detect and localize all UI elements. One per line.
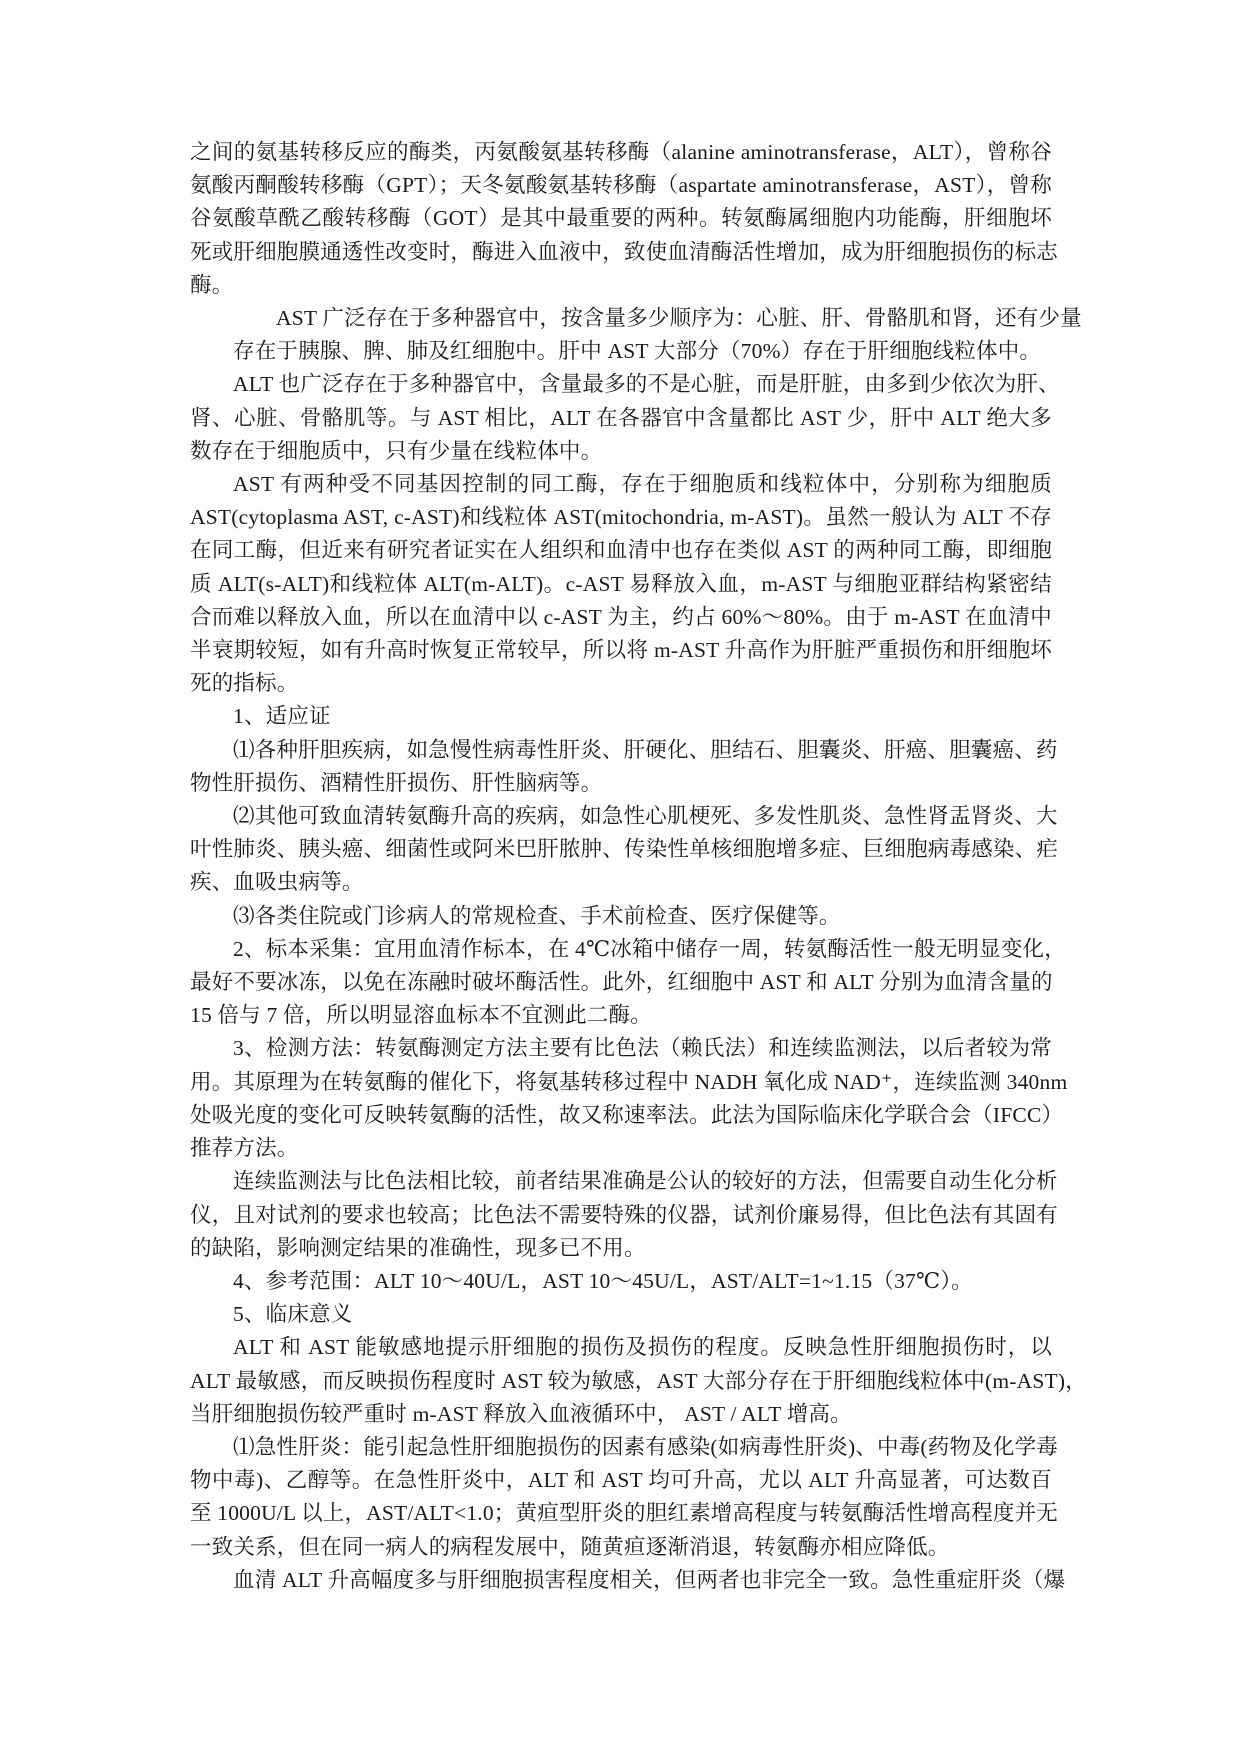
- text-line: AST 有两种受不同基因控制的同工酶，存在于细胞质和线粒体中，分别称为细胞质: [190, 468, 1052, 501]
- text-line: 处吸光度的变化可反映转氨酶的活性，故又称速率法。此法为国际临床化学联合会（IFC…: [190, 1099, 1052, 1132]
- list-item-acute-hepatitis: ⑴急性肝炎：能引起急性肝细胞损伤的因素有感染(如病毒性肝炎)、中毒(药物及化学毒…: [190, 1431, 1052, 1564]
- text-line: 血清 ALT 升高幅度多与肝细胞损害程度相关，但两者也非完全一致。急性重症肝炎（…: [190, 1564, 1052, 1597]
- text-line: 数存在于细胞质中，只有少量在线粒体中。: [190, 435, 1052, 468]
- text-line: 最好不要冰冻，以免在冻融时破坏酶活性。此外，红细胞中 AST 和 ALT 分别为…: [190, 966, 1052, 999]
- text-line: 一致关系，但在同一病人的病程发展中，随黄疸逐渐消退，转氨酶亦相应降低。: [190, 1531, 1052, 1564]
- text-line: 15 倍与 7 倍，所以明显溶血标本不宜测此二酶。: [190, 999, 1052, 1032]
- text-line: 酶。: [190, 269, 1052, 302]
- text-line: 合而难以释放入血，所以在血清中以 c-AST 为主，约占 60%～80%。由于 …: [190, 601, 1052, 634]
- text-line: 叶性肺炎、胰头癌、细菌性或阿米巴肝脓肿、传染性单核细胞增多症、巨细胞病毒感染、疟: [190, 833, 1052, 866]
- text-line: AST(cytoplasma AST, c-AST)和线粒体 AST(mitoc…: [190, 501, 1052, 534]
- text-line: 的缺陷，影响测定结果的准确性，现多已不用。: [190, 1232, 1052, 1265]
- paragraph-ast-isoenzymes: AST 有两种受不同基因控制的同工酶，存在于细胞质和线粒体中，分别称为细胞质 A…: [190, 468, 1052, 700]
- text-line: 氨酸丙酮酸转移酶（GPT）；天冬氨酸氨基转移酶（aspartate aminot…: [190, 169, 1052, 202]
- text-line: ⑴急性肝炎：能引起急性肝细胞损伤的因素有感染(如病毒性肝炎)、中毒(药物及化学毒: [190, 1431, 1052, 1464]
- text-line: ALT 最敏感，而反映损伤程度时 AST 较为敏感，AST 大部分存在于肝细胞线…: [190, 1365, 1052, 1398]
- text-line: ⑵其他可致血清转氨酶升高的疾病，如急性心肌梗死、多发性肌炎、急性肾盂肾炎、大: [190, 800, 1052, 833]
- text-line: 用。其原理为在转氨酶的催化下，将氨基转移过程中 NADH 氧化成 NAD⁺，连续…: [190, 1066, 1052, 1099]
- text-line: 至 1000U/L 以上，AST/ALT<1.0；黄疸型肝炎的胆红素增高程度与转…: [190, 1497, 1052, 1530]
- text-line: 2、标本采集：宜用血清作标本，在 4℃冰箱中储存一周，转氨酶活性一般无明显变化，: [190, 933, 1052, 966]
- text-line: 死的指标。: [190, 667, 1052, 700]
- text-line: 3、检测方法：转氨酶测定方法主要有比色法（赖氏法）和连续监测法，以后者较为常: [190, 1032, 1052, 1065]
- text-line: 疾、血吸虫病等。: [190, 866, 1052, 899]
- text-line: 在同工酶，但近来有研究者证实在人组织和血清中也存在类似 AST 的两种同工酶，即…: [190, 534, 1052, 567]
- text-line: 物性肝损伤、酒精性肝损伤、肝性脑病等。: [190, 767, 1052, 800]
- text-line: 死或肝细胞膜通透性改变时，酶进入血液中，致使血清酶活性增加，成为肝细胞损伤的标志: [190, 236, 1052, 269]
- text-line: 当肝细胞损伤较严重时 m-AST 释放入血液循环中， AST / ALT 增高。: [190, 1398, 1052, 1431]
- text-line: 物中毒)、乙醇等。在急性肝炎中，ALT 和 AST 均可升高，尤以 ALT 升高…: [190, 1464, 1052, 1497]
- text-line: ALT 也广泛存在于多种器官中，含量最多的不是心脏，而是肝脏，由多到少依次为肝、: [190, 368, 1052, 401]
- text-line: 质 ALT(s-ALT)和线粒体 ALT(m-ALT)。c-AST 易释放入血，…: [190, 568, 1052, 601]
- text-line: AST 广泛存在于多种器官中，按含量多少顺序为：心脏、肝、骨骼肌和肾，还有少量: [190, 302, 1052, 335]
- list-item-indication-1: ⑴各种肝胆疾病，如急慢性病毒性肝炎、肝硬化、胆结石、胆囊炎、肝癌、胆囊癌、药 物…: [190, 734, 1052, 800]
- list-item-indication-2: ⑵其他可致血清转氨酶升高的疾病，如急性心肌梗死、多发性肌炎、急性肾盂肾炎、大 叶…: [190, 800, 1052, 900]
- text-line: ⑴各种肝胆疾病，如急慢性病毒性肝炎、肝硬化、胆结石、胆囊炎、肝癌、胆囊癌、药: [190, 734, 1052, 767]
- section-detection-method: 3、检测方法：转氨酶测定方法主要有比色法（赖氏法）和连续监测法，以后者较为常 用…: [190, 1032, 1052, 1165]
- document-page: 之间的氨基转移反应的酶类，丙氨酸氨基转移酶（alanine aminotrans…: [190, 136, 1052, 1597]
- text-line: 推荐方法。: [190, 1132, 1052, 1165]
- text-line: 仪，且对试剂的要求也较高；比色法不需要特殊的仪器，试剂价廉易得，但比色法有其固有: [190, 1199, 1052, 1232]
- text-line: 半衰期较短，如有升高时恢复正常较早，所以将 m-AST 升高作为肝脏严重损伤和肝…: [190, 634, 1052, 667]
- text-line: ALT 和 AST 能敏感地提示肝细胞的损伤及损伤的程度。反映急性肝细胞损伤时，…: [190, 1331, 1052, 1364]
- paragraph-clinical-sensitivity: ALT 和 AST 能敏感地提示肝细胞的损伤及损伤的程度。反映急性肝细胞损伤时，…: [190, 1331, 1052, 1431]
- list-item-indication-3: ⑶各类住院或门诊病人的常规检查、手术前检查、医疗保健等。: [190, 900, 1052, 933]
- paragraph-alt-distribution: ALT 也广泛存在于多种器官中，含量最多的不是心脏，而是肝脏，由多到少依次为肝、…: [190, 368, 1052, 468]
- text-line: 肾、心脏、骨骼肌等。与 AST 相比，ALT 在各器官中含量都比 AST 少，肝…: [190, 402, 1052, 435]
- paragraph-method-comparison: 连续监测法与比色法相比较，前者结果准确是公认的较好的方法，但需要自动生化分析 仪…: [190, 1165, 1052, 1265]
- text-line: ⑶各类住院或门诊病人的常规检查、手术前检查、医疗保健等。: [190, 900, 1052, 933]
- paragraph-aminotransferase-intro: 之间的氨基转移反应的酶类，丙氨酸氨基转移酶（alanine aminotrans…: [190, 136, 1052, 302]
- text-line: 谷氨酸草酰乙酸转移酶（GOT）是其中最重要的两种。转氨酶属细胞内功能酶，肝细胞坏: [190, 202, 1052, 235]
- text-line: 连续监测法与比色法相比较，前者结果准确是公认的较好的方法，但需要自动生化分析: [190, 1165, 1052, 1198]
- heading-text: 1、适应证: [190, 700, 1052, 733]
- text-line: 4、参考范围：ALT 10～40U/L，AST 10～45U/L，AST/ALT…: [190, 1265, 1052, 1298]
- section-heading-clinical-significance: 5、临床意义: [190, 1298, 1052, 1331]
- paragraph-ast-distribution: AST 广泛存在于多种器官中，按含量多少顺序为：心脏、肝、骨骼肌和肾，还有少量 …: [190, 302, 1052, 368]
- heading-text: 5、临床意义: [190, 1298, 1052, 1331]
- section-heading-indications: 1、适应证: [190, 700, 1052, 733]
- text-line: 之间的氨基转移反应的酶类，丙氨酸氨基转移酶（alanine aminotrans…: [190, 136, 1052, 169]
- paragraph-serum-alt-correlation: 血清 ALT 升高幅度多与肝细胞损害程度相关，但两者也非完全一致。急性重症肝炎（…: [190, 1564, 1052, 1597]
- section-specimen-collection: 2、标本采集：宜用血清作标本，在 4℃冰箱中储存一周，转氨酶活性一般无明显变化，…: [190, 933, 1052, 1033]
- text-line: 存在于胰腺、脾、肺及红细胞中。肝中 AST 大部分（70%）存在于肝细胞线粒体中…: [190, 335, 1052, 368]
- section-reference-range: 4、参考范围：ALT 10～40U/L，AST 10～45U/L，AST/ALT…: [190, 1265, 1052, 1298]
